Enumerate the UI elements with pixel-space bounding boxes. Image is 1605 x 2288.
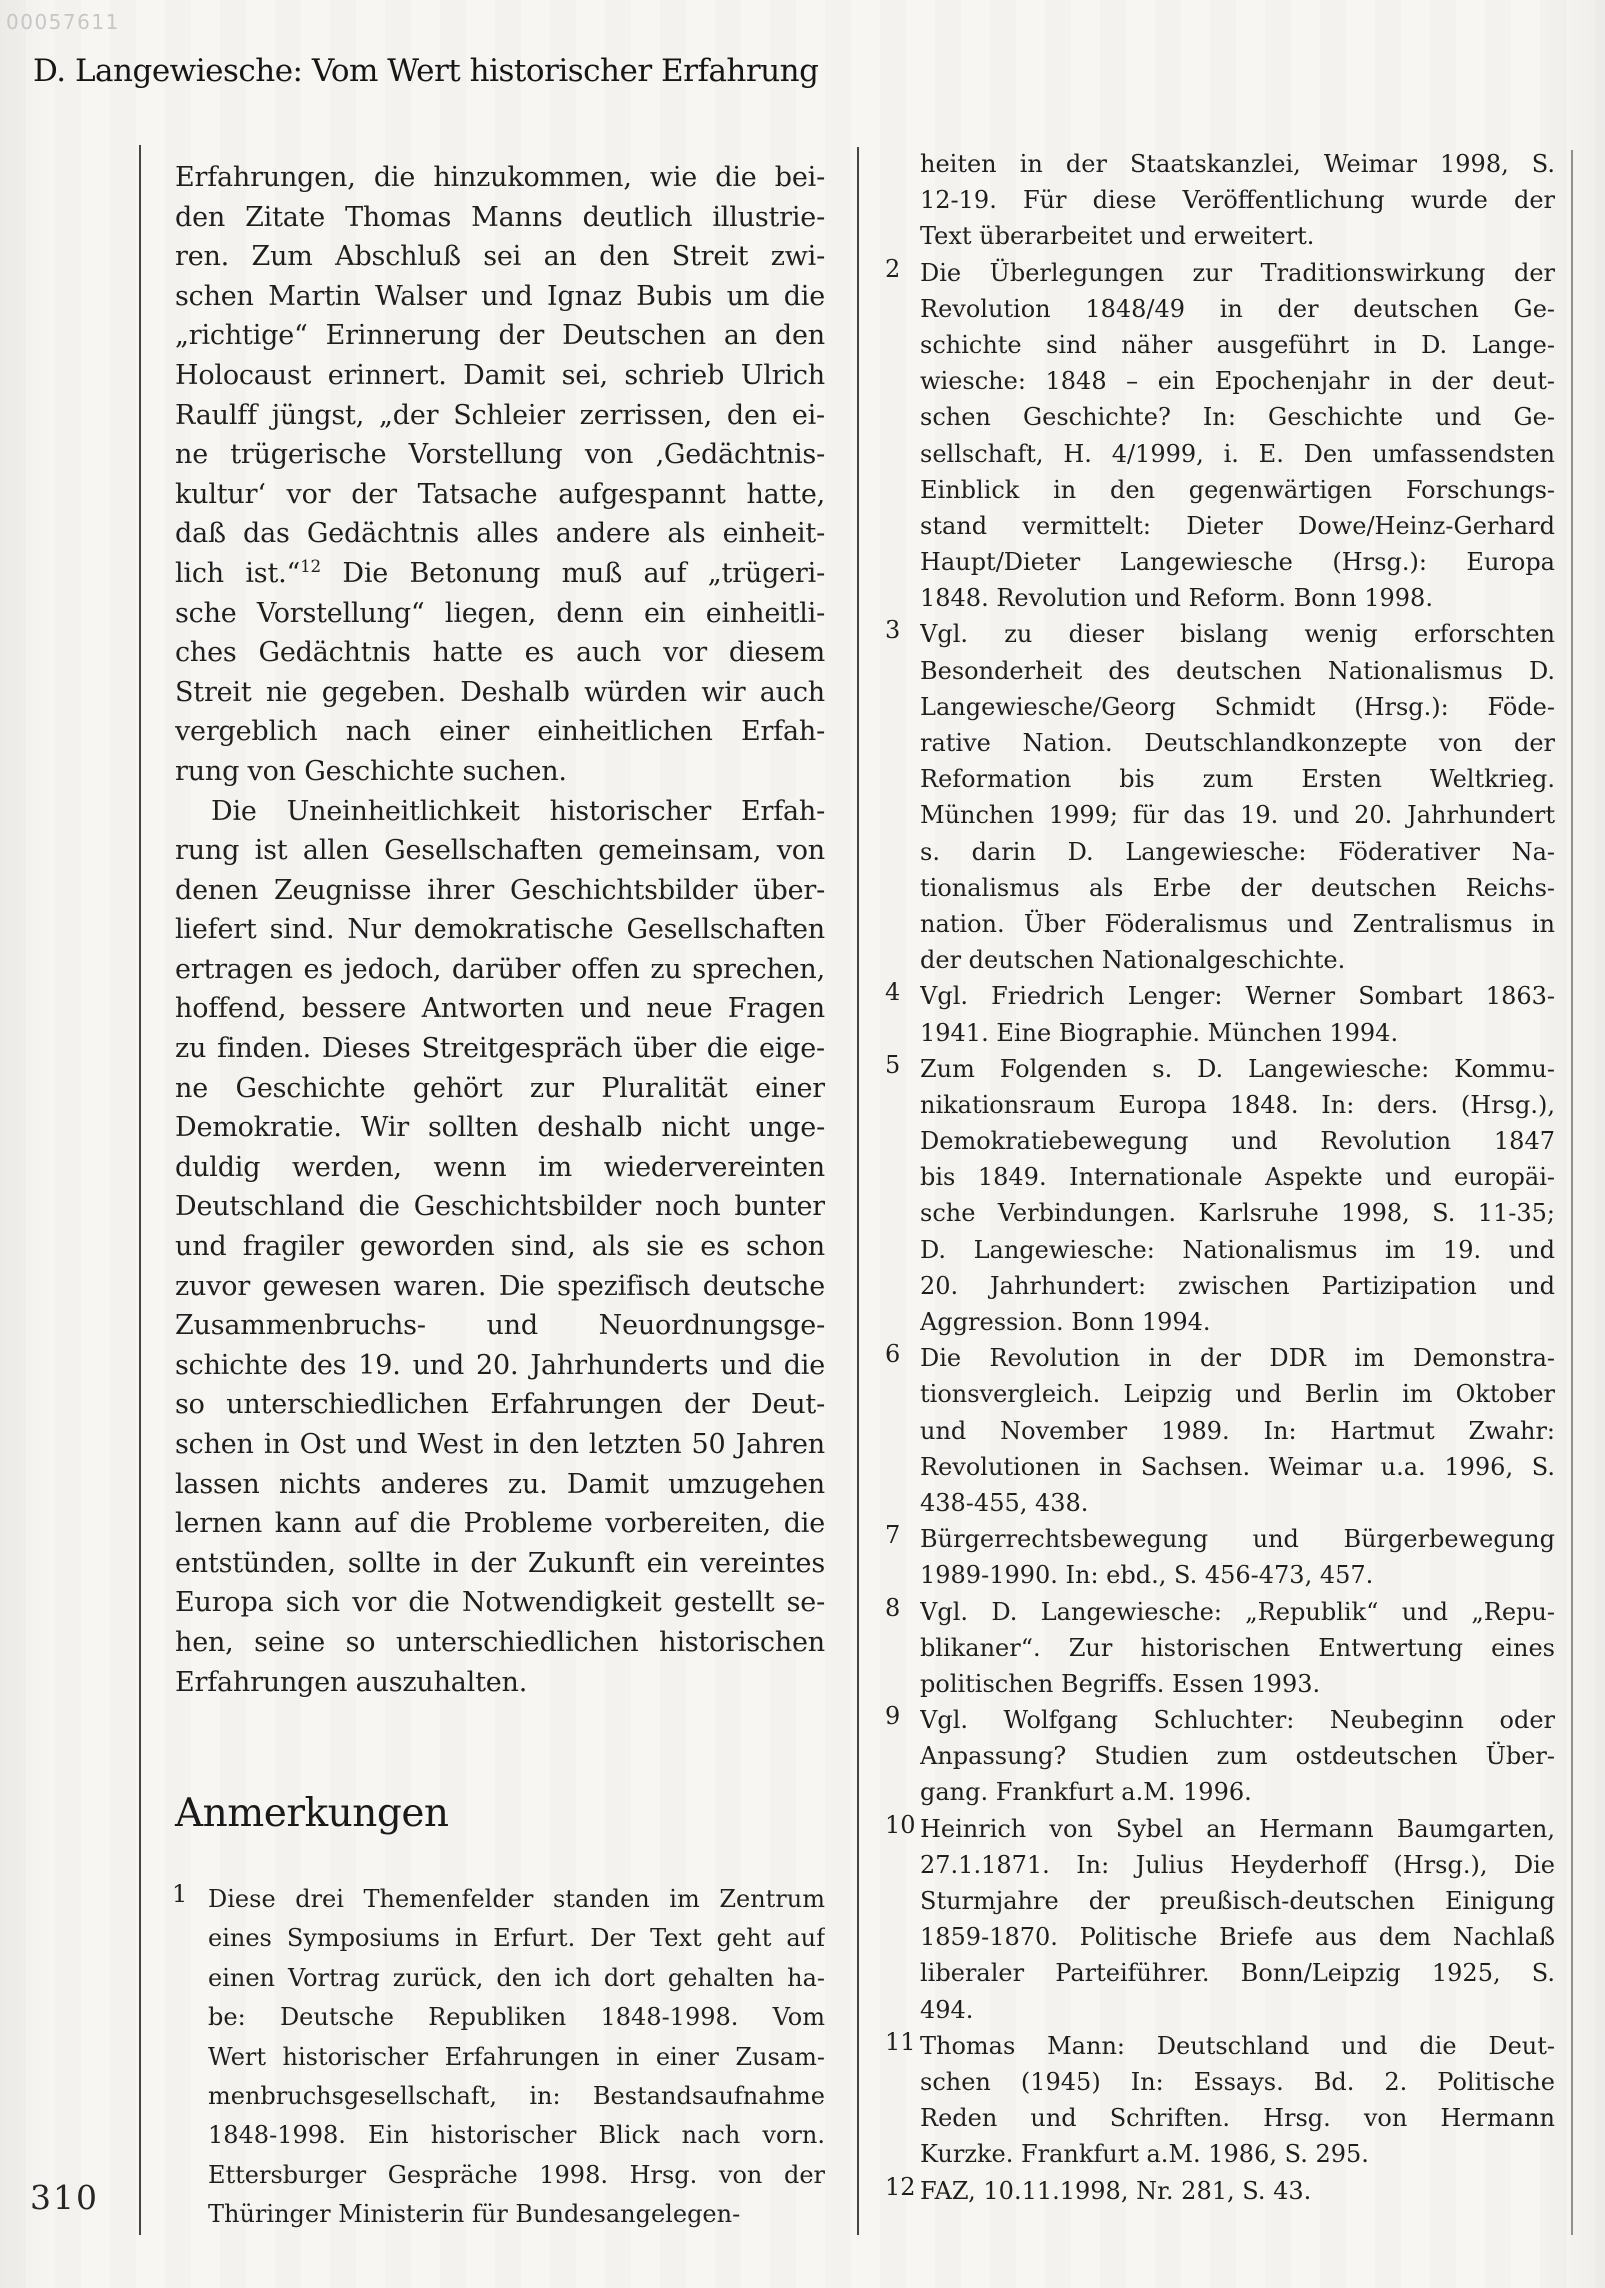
- notes-heading: Anmerkungen: [175, 1791, 449, 1836]
- text-line: Kurzke. Frankfurt a.M. 1986, S. 295.: [920, 2136, 1555, 2172]
- text-line: lassen nichts anderes zu. Damit umzugehe…: [175, 1465, 825, 1505]
- text-line: nation. Über Föderalismus und Zentralism…: [920, 906, 1555, 942]
- text-line: duldig werden, wenn im wiedervereinten: [175, 1148, 825, 1188]
- text-line: D. Langewiesche: Nationalismus im 19. un…: [920, 1232, 1555, 1268]
- text-line: Reden und Schriften. Hrsg. von Hermann: [920, 2100, 1555, 2136]
- text-line: Demokratiebewegung und Revolution 1847: [920, 1123, 1555, 1159]
- text-line: nikationsraum Europa 1848. In: ders. (Hr…: [920, 1087, 1555, 1123]
- text-line: sche Vorstellung“ liegen, denn ein einhe…: [175, 594, 825, 634]
- footnote-number: 2: [885, 255, 919, 283]
- footnotes-right-column: heiten in der Staatskanzlei, Weimar 1998…: [885, 146, 1557, 2209]
- text-line: rative Nation. Deutschlandkonzepte von d…: [920, 725, 1555, 761]
- text-line: denen Zeugnisse ihrer Geschichtsbilder ü…: [175, 871, 825, 911]
- text-line: wiesche: 1848 – ein Epochenjahr in der d…: [920, 363, 1555, 399]
- footnote-number: 10: [885, 1811, 919, 1839]
- footnote: 5Zum Folgenden s. D. Langewiesche: Kommu…: [885, 1051, 1557, 1341]
- footnote-text: Thomas Mann: Deutschland und die Deut-sc…: [920, 2028, 1555, 2173]
- text-line: rung ist allen Gesellschaften gemeinsam,…: [175, 831, 825, 871]
- footnote-text: Vgl. D. Langewiesche: „Republik“ und „Re…: [920, 1594, 1555, 1703]
- text-line: schen (1945) In: Essays. Bd. 2. Politisc…: [920, 2064, 1555, 2100]
- text-line: Holocaust erinnert. Damit sei, schrieb U…: [175, 356, 825, 396]
- footnote-text: Vgl. Wolfgang Schluchter: Neubeginn oder…: [920, 1702, 1555, 1811]
- left-margin-rule: [139, 145, 141, 2235]
- text-line: Diese drei Themenfelder standen im Zentr…: [208, 1880, 825, 1919]
- paragraph: Die Uneinheitlichkeit historischer Erfah…: [175, 792, 825, 1703]
- text-line: Deutschland die Geschichtsbilder noch bu…: [175, 1187, 825, 1227]
- text-line: Revolutionen in Sachsen. Weimar u.a. 199…: [920, 1449, 1555, 1485]
- text-line: ne trügerische Vorstellung von ‚Gedächtn…: [175, 435, 825, 475]
- footnote: 9Vgl. Wolfgang Schluchter: Neubeginn ode…: [885, 1702, 1557, 1811]
- footnote-text: Vgl. zu dieser bislang wenig erforschten…: [920, 616, 1555, 978]
- text-line: Vgl. Friedrich Lenger: Werner Sombart 18…: [920, 978, 1555, 1014]
- text-line: menbruchsgesellschaft, in: Bestandsaufna…: [208, 2077, 825, 2116]
- text-line: zu finden. Dieses Streitgespräch über di…: [175, 1029, 825, 1069]
- page-number: 310: [30, 2178, 99, 2217]
- text-line: Besonderheit des deutschen Nationalismus…: [920, 653, 1555, 689]
- text-line: schichte des 19. und 20. Jahrhunderts un…: [175, 1346, 825, 1386]
- text-line: Raulff jüngst, „der Schleier zerrissen, …: [175, 396, 825, 436]
- text-line: Revolution 1848/49 in der deutschen Ge-: [920, 291, 1555, 327]
- text-line: 438-455, 438.: [920, 1485, 1555, 1521]
- text-line: gang. Frankfurt a.M. 1996.: [920, 1774, 1555, 1810]
- text-line: Aggression. Bonn 1994.: [920, 1304, 1555, 1340]
- text-line: hoffend, bessere Antworten und neue Frag…: [175, 989, 825, 1029]
- text-line: lich ist.“12 Die Betonung muß auf „trüge…: [175, 554, 825, 594]
- text-line: Ettersburger Gespräche 1998. Hrsg. von d…: [208, 2156, 825, 2195]
- text-line: Bürgerrechtsbewegung und Bürgerbewegung: [920, 1521, 1555, 1557]
- text-line: zuvor gewesen waren. Die spezifisch deut…: [175, 1267, 825, 1307]
- text-line: Thomas Mann: Deutschland und die Deut-: [920, 2028, 1555, 2064]
- scanned-paper-page: { "page": { "stamp": "00057611", "header…: [0, 0, 1605, 2288]
- text-line: Sturmjahre der preußisch-deutschen Einig…: [920, 1883, 1555, 1919]
- text-line: blikaner“. Zur historischen Entwertung e…: [920, 1630, 1555, 1666]
- text-line: stand vermittelt: Dieter Dowe/Heinz-Gerh…: [920, 508, 1555, 544]
- text-line: Heinrich von Sybel an Hermann Baumgarten…: [920, 1811, 1555, 1847]
- text-line: lernen kann auf die Probleme vorbereiten…: [175, 1504, 825, 1544]
- text-line: Haupt/Dieter Langewiesche (Hrsg.): Europ…: [920, 544, 1555, 580]
- text-line: Zusammenbruchs- und Neuordnungsge-: [175, 1306, 825, 1346]
- text-line: bis 1849. Internationale Aspekte und eur…: [920, 1159, 1555, 1195]
- text-line: Demokratie. Wir sollten deshalb nicht un…: [175, 1108, 825, 1148]
- text-line: Erfahrungen, die hinzukommen, wie die be…: [175, 158, 825, 198]
- footnote-number: 8: [885, 1594, 919, 1622]
- text-line: ren. Zum Abschluß sei an den Streit zwi-: [175, 237, 825, 277]
- footnote: 2Die Überlegungen zur Traditionswirkung …: [885, 255, 1557, 617]
- text-line: Die Überlegungen zur Traditionswirkung d…: [920, 255, 1555, 291]
- text-line: München 1999; für das 19. und 20. Jahrhu…: [920, 797, 1555, 833]
- text-line: Vgl. Wolfgang Schluchter: Neubeginn oder: [920, 1702, 1555, 1738]
- footnote-number: 6: [885, 1340, 919, 1368]
- text-line: Streit nie gegeben. Deshalb würden wir a…: [175, 673, 825, 713]
- text-line: 12-19. Für diese Veröffentlichung wurde …: [920, 182, 1555, 218]
- text-line: 1989-1990. In: ebd., S. 456-473, 457.: [920, 1557, 1555, 1593]
- text-line: liberaler Parteiführer. Bonn/Leipzig 192…: [920, 1955, 1555, 1991]
- footnote-text: Heinrich von Sybel an Hermann Baumgarten…: [920, 1811, 1555, 2028]
- footnote: 7Bürgerrechtsbewegung und Bürgerbewegung…: [885, 1521, 1557, 1593]
- footnote-number: 5: [885, 1051, 919, 1079]
- paragraph: Erfahrungen, die hinzukommen, wie die be…: [175, 158, 825, 792]
- footnote-number: 11: [885, 2028, 919, 2056]
- footnote: 6Die Revolution in der DDR im Demonstra-…: [885, 1340, 1557, 1521]
- text-line: ertragen es jedoch, darüber offen zu spr…: [175, 950, 825, 990]
- text-line: s. darin D. Langewiesche: Föderativer Na…: [920, 834, 1555, 870]
- text-line: 20. Jahrhundert: zwischen Partizipation …: [920, 1268, 1555, 1304]
- footnote: 4Vgl. Friedrich Lenger: Werner Sombart 1…: [885, 978, 1557, 1050]
- text-line: kultur‘ vor der Tatsache aufgespannt hat…: [175, 475, 825, 515]
- text-line: entstünden, sollte in der Zukunft ein ve…: [175, 1544, 825, 1584]
- text-line: vergeblich nach einer einheitlichen Erfa…: [175, 712, 825, 752]
- text-line: Vgl. zu dieser bislang wenig erforschten: [920, 616, 1555, 652]
- scan-id-stamp: 00057611: [6, 10, 120, 34]
- text-line: schen Martin Walser und Ignaz Bubis um d…: [175, 277, 825, 317]
- footnote-text: Diese drei Themenfelder standen im Zentr…: [208, 1880, 825, 2235]
- text-line: den Zitate Thomas Manns deutlich illustr…: [175, 198, 825, 238]
- footnote: 8Vgl. D. Langewiesche: „Republik“ und „R…: [885, 1594, 1557, 1703]
- text-line: Reformation bis zum Ersten Weltkrieg.: [920, 761, 1555, 797]
- text-line: sche Verbindungen. Karlsruhe 1998, S. 11…: [920, 1195, 1555, 1231]
- column-divider-rule: [857, 147, 859, 2235]
- text-line: Die Uneinheitlichkeit historischer Erfah…: [175, 792, 825, 832]
- footnote-number: 12: [885, 2173, 919, 2201]
- running-header: D. Langewiesche: Vom Wert historischer E…: [33, 53, 818, 89]
- text-line: schen in Ost und West in den letzten 50 …: [175, 1425, 825, 1465]
- text-line: Wert historischer Erfahrungen in einer Z…: [208, 2038, 825, 2077]
- text-line: ne Geschichte gehört zur Pluralität eine…: [175, 1069, 825, 1109]
- text-line: Einblick in den gegenwärtigen Forschungs…: [920, 472, 1555, 508]
- text-line: schen Geschichte? In: Geschichte und Ge-: [920, 399, 1555, 435]
- text-line: Europa sich vor die Notwendigkeit gestel…: [175, 1583, 825, 1623]
- text-line: Anpassung? Studien zum ostdeutschen Über…: [920, 1738, 1555, 1774]
- footnote-text: Bürgerrechtsbewegung und Bürgerbewegung1…: [920, 1521, 1555, 1593]
- footnote: 3Vgl. zu dieser bislang wenig erforschte…: [885, 616, 1557, 978]
- text-line: rung von Geschichte suchen.: [175, 752, 825, 792]
- text-line: hen, seine so unterschiedlichen historis…: [175, 1623, 825, 1663]
- text-line: der deutschen Nationalgeschichte.: [920, 942, 1555, 978]
- footnote-text: Vgl. Friedrich Lenger: Werner Sombart 18…: [920, 978, 1555, 1050]
- text-line: 1859-1870. Politische Briefe aus dem Nac…: [920, 1919, 1555, 1955]
- footnote-text: heiten in der Staatskanzlei, Weimar 1998…: [920, 146, 1555, 255]
- text-line: Langewiesche/Georg Schmidt (Hrsg.): Föde…: [920, 689, 1555, 725]
- text-line: schichte sind näher ausgeführt in D. Lan…: [920, 327, 1555, 363]
- footnote: 10Heinrich von Sybel an Hermann Baumgart…: [885, 1811, 1557, 2028]
- text-line: Erfahrungen auszuhalten.: [175, 1663, 825, 1703]
- footnote-number: 9: [885, 1702, 919, 1730]
- body-text-column: Erfahrungen, die hinzukommen, wie die be…: [175, 158, 825, 1702]
- footnotes-left-column: 1Diese drei Themenfelder standen im Zent…: [172, 1880, 825, 2235]
- text-line: be: Deutsche Republiken 1848-1998. Vom: [208, 1998, 825, 2037]
- right-margin-rule: [1571, 150, 1573, 2235]
- text-line: 1848-1998. Ein historischer Blick nach v…: [208, 2116, 825, 2155]
- text-line: sellschaft, H. 4/1999, i. E. Den umfasse…: [920, 436, 1555, 472]
- footnote-number: 3: [885, 616, 919, 644]
- text-line: und fragiler geworden sind, als sie es s…: [175, 1227, 825, 1267]
- text-line: daß das Gedächtnis alles andere als einh…: [175, 514, 825, 554]
- text-line: liefert sind. Nur demokratische Gesellsc…: [175, 910, 825, 950]
- footnote: 1Diese drei Themenfelder standen im Zent…: [172, 1880, 825, 2235]
- text-line: ches Gedächtnis hatte es auch vor diesem: [175, 633, 825, 673]
- text-line: 1941. Eine Biographie. München 1994.: [920, 1015, 1555, 1051]
- text-line: „richtige“ Erinnerung der Deutschen an d…: [175, 316, 825, 356]
- text-line: Vgl. D. Langewiesche: „Republik“ und „Re…: [920, 1594, 1555, 1630]
- text-line: heiten in der Staatskanzlei, Weimar 1998…: [920, 146, 1555, 182]
- text-line: FAZ, 10.11.1998, Nr. 281, S. 43.: [920, 2173, 1555, 2209]
- text-line: tionsvergleich. Leipzig und Berlin im Ok…: [920, 1376, 1555, 1412]
- text-line: so unterschiedlichen Erfahrungen der Deu…: [175, 1385, 825, 1425]
- text-line: 494.: [920, 1992, 1555, 2028]
- text-line: Zum Folgenden s. D. Langewiesche: Kommu-: [920, 1051, 1555, 1087]
- footnote: 12FAZ, 10.11.1998, Nr. 281, S. 43.: [885, 2173, 1557, 2209]
- footnote-number: 1: [172, 1880, 206, 1908]
- text-line: Text überarbeitet und erweitert.: [920, 218, 1555, 254]
- footnote: heiten in der Staatskanzlei, Weimar 1998…: [885, 146, 1557, 255]
- footnote-text: Zum Folgenden s. D. Langewiesche: Kommu-…: [920, 1051, 1555, 1341]
- footnote-text: Die Überlegungen zur Traditionswirkung d…: [920, 255, 1555, 617]
- text-line: Thüringer Ministerin für Bundesangelegen…: [208, 2195, 825, 2234]
- footnote: 11Thomas Mann: Deutschland und die Deut-…: [885, 2028, 1557, 2173]
- footnote-number: 7: [885, 1521, 919, 1549]
- text-line: 27.1.1871. In: Julius Heyderhoff (Hrsg.)…: [920, 1847, 1555, 1883]
- text-line: Die Revolution in der DDR im Demonstra-: [920, 1340, 1555, 1376]
- footnote-number: 4: [885, 978, 919, 1006]
- text-line: eines Symposiums in Erfurt. Der Text geh…: [208, 1919, 825, 1958]
- text-line: politischen Begriffs. Essen 1993.: [920, 1666, 1555, 1702]
- text-line: einen Vortrag zurück, den ich dort gehal…: [208, 1959, 825, 1998]
- text-line: und November 1989. In: Hartmut Zwahr:: [920, 1413, 1555, 1449]
- footnote-text: Die Revolution in der DDR im Demonstra-t…: [920, 1340, 1555, 1521]
- footnote-text: FAZ, 10.11.1998, Nr. 281, S. 43.: [920, 2173, 1555, 2209]
- text-line: 1848. Revolution und Reform. Bonn 1998.: [920, 580, 1555, 616]
- text-line: tionalismus als Erbe der deutschen Reich…: [920, 870, 1555, 906]
